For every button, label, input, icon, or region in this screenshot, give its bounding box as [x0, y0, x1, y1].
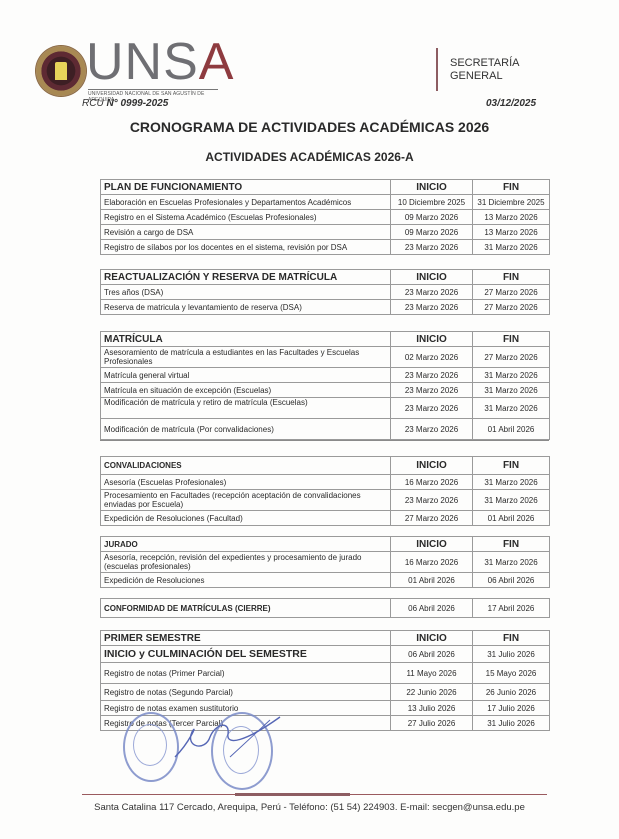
- table-header: JURADO INICIO FIN: [101, 537, 550, 552]
- end-date: 31 Marzo 2026: [473, 368, 550, 383]
- col-start: INICIO: [391, 457, 473, 475]
- end-date: 27 Marzo 2026: [473, 285, 550, 300]
- table-header: REACTUALIZACIÓN Y RESERVA DE MATRÍCULA I…: [101, 270, 550, 285]
- activity: Registro de notas (Primer Parcial): [101, 663, 391, 684]
- start-date: 16 Marzo 2026: [391, 552, 473, 573]
- col-start: INICIO: [391, 180, 473, 195]
- end-date: 31 Marzo 2026: [473, 240, 550, 255]
- activity: Asesoría (Escuelas Profesionales): [101, 475, 391, 490]
- start-date: 13 Julio 2026: [391, 701, 473, 716]
- activity: Registro en el Sistema Académico (Escuel…: [101, 210, 391, 225]
- section-title: CONFORMIDAD DE MATRÍCULAS (CIERRE): [101, 599, 391, 618]
- logo-text-accent: A: [199, 33, 235, 91]
- table-convalidaciones: CONVALIDACIONES INICIO FIN Asesoría (Esc…: [100, 456, 550, 526]
- table-row: Asesoría (Escuelas Profesionales)16 Marz…: [101, 475, 550, 490]
- col-end: FIN: [473, 332, 550, 347]
- section-divider: [100, 440, 549, 441]
- activity: Tres años (DSA): [101, 285, 391, 300]
- end-date: 17 Julio 2026: [473, 701, 550, 716]
- end-date: 17 Abril 2026: [473, 599, 550, 618]
- end-date: 31 Julio 2026: [473, 646, 550, 663]
- col-end: FIN: [473, 180, 550, 195]
- start-date: 22 Junio 2026: [391, 684, 473, 701]
- activity: Matrícula general virtual: [101, 368, 391, 383]
- table-row: Procesamiento en Facultades (recepción a…: [101, 490, 550, 511]
- table-header: CONVALIDACIONES INICIO FIN: [101, 457, 550, 475]
- end-date: 13 Marzo 2026: [473, 210, 550, 225]
- start-date: 06 Abril 2026: [391, 599, 473, 618]
- activity: Asesoramiento de matrícula a estudiantes…: [101, 347, 391, 368]
- activity: Asesoría, recepción, revisión del expedi…: [101, 552, 391, 573]
- start-date: 10 Diciembre 2025: [391, 195, 473, 210]
- table-header: PRIMER SEMESTRE INICIO FIN: [101, 631, 550, 646]
- start-date: 23 Marzo 2026: [391, 285, 473, 300]
- col-end: FIN: [473, 457, 550, 475]
- table-primer-semestre: PRIMER SEMESTRE INICIO FIN INICIO y CULM…: [100, 630, 550, 731]
- unsa-logo: UNSA: [86, 36, 234, 88]
- start-date: 09 Marzo 2026: [391, 210, 473, 225]
- table-header: PLAN DE FUNCIONAMIENTO INICIO FIN: [101, 180, 550, 195]
- start-date: 23 Marzo 2026: [391, 300, 473, 315]
- col-end: FIN: [473, 631, 550, 646]
- table-row: Registro de notas examen sustitutorio13 …: [101, 701, 550, 716]
- activity: Expedición de Resoluciones: [101, 573, 391, 588]
- table-row: Modificación de matrícula (Por convalida…: [101, 419, 550, 440]
- rcu-prefix: RCU: [82, 98, 104, 109]
- activity: Matrícula en situación de excepción (Esc…: [101, 383, 391, 398]
- start-date: 23 Marzo 2026: [391, 383, 473, 398]
- rcu-value: N° 0999-2025: [106, 98, 168, 109]
- start-date: 01 Abril 2026: [391, 573, 473, 588]
- start-date: 06 Abril 2026: [391, 646, 473, 663]
- university-seal-icon: [36, 46, 86, 96]
- activity: Modificación de matrícula y retiro de ma…: [101, 398, 391, 419]
- footer-address: Santa Catalina 117 Cercado, Arequipa, Pe…: [0, 802, 619, 813]
- divider-bar: [436, 48, 438, 91]
- logo-text: UNS: [86, 33, 199, 91]
- document-date: 03/12/2025: [486, 98, 536, 109]
- table-row: Reserva de matricula y levantamiento de …: [101, 300, 550, 315]
- table-row: Asesoría, recepción, revisión del expedi…: [101, 552, 550, 573]
- start-date: 23 Marzo 2026: [391, 368, 473, 383]
- start-date: 27 Julio 2026: [391, 716, 473, 731]
- table-row: Registro de notas (Primer Parcial)11 May…: [101, 663, 550, 684]
- table-row: Expedición de Resoluciones01 Abril 20260…: [101, 573, 550, 588]
- col-end: FIN: [473, 537, 550, 552]
- end-date: 15 Mayo 2026: [473, 663, 550, 684]
- col-start: INICIO: [391, 537, 473, 552]
- document-subtitle: ACTIVIDADES ACADÉMICAS 2026-A: [0, 150, 619, 164]
- rcu-number: RCU N° 0999-2025: [82, 98, 168, 109]
- col-start: INICIO: [391, 631, 473, 646]
- activity: Procesamiento en Facultades (recepción a…: [101, 490, 391, 511]
- signature-icon: [170, 712, 290, 772]
- end-date: 13 Marzo 2026: [473, 225, 550, 240]
- section-subtitle: INICIO y CULMINACIÓN DEL SEMESTRE: [101, 646, 391, 663]
- activity: Expedición de Resoluciones (Facultad): [101, 511, 391, 526]
- end-date: 31 Marzo 2026: [473, 398, 550, 419]
- footer-accent-bar: [235, 793, 350, 796]
- end-date: 06 Abril 2026: [473, 573, 550, 588]
- activity: Registro de notas (Segundo Parcial): [101, 684, 391, 701]
- table-conformidad: CONFORMIDAD DE MATRÍCULAS (CIERRE) 06 Ab…: [100, 598, 550, 618]
- table-row: Registro de notas (Segundo Parcial)22 Ju…: [101, 684, 550, 701]
- activity: Modificación de matrícula (Por convalida…: [101, 419, 391, 440]
- activity: Registro de sílabos por los docentes en …: [101, 240, 391, 255]
- end-date: 01 Abril 2026: [473, 511, 550, 526]
- end-date: 01 Abril 2026: [473, 419, 550, 440]
- table-row: Revisión a cargo de DSA09 Marzo 202613 M…: [101, 225, 550, 240]
- section-title: CONVALIDACIONES: [101, 457, 391, 475]
- office-name: SECRETARÍA GENERAL: [450, 57, 519, 83]
- start-date: 23 Marzo 2026: [391, 240, 473, 255]
- office-line-2: GENERAL: [450, 70, 519, 83]
- start-date: 16 Marzo 2026: [391, 475, 473, 490]
- table-row: Tres años (DSA)23 Marzo 202627 Marzo 202…: [101, 285, 550, 300]
- table-plan-funcionamiento: PLAN DE FUNCIONAMIENTO INICIO FIN Elabor…: [100, 179, 550, 255]
- start-date: 02 Marzo 2026: [391, 347, 473, 368]
- col-start: INICIO: [391, 270, 473, 285]
- activity: Revisión a cargo de DSA: [101, 225, 391, 240]
- end-date: 31 Diciembre 2025: [473, 195, 550, 210]
- table-jurado: JURADO INICIO FIN Asesoría, recepción, r…: [100, 536, 550, 588]
- end-date: 31 Marzo 2026: [473, 552, 550, 573]
- table-row: Registro en el Sistema Académico (Escuel…: [101, 210, 550, 225]
- start-date: 27 Marzo 2026: [391, 511, 473, 526]
- end-date: 27 Marzo 2026: [473, 347, 550, 368]
- end-date: 26 Junio 2026: [473, 684, 550, 701]
- col-end: FIN: [473, 270, 550, 285]
- table-row: Expedición de Resoluciones (Facultad)27 …: [101, 511, 550, 526]
- start-date: 23 Marzo 2026: [391, 490, 473, 511]
- start-date: 11 Mayo 2026: [391, 663, 473, 684]
- table-row: Elaboración en Escuelas Profesionales y …: [101, 195, 550, 210]
- table-reactualizacion: REACTUALIZACIÓN Y RESERVA DE MATRÍCULA I…: [100, 269, 550, 315]
- table-row: Matrícula general virtual23 Marzo 202631…: [101, 368, 550, 383]
- end-date: 27 Marzo 2026: [473, 300, 550, 315]
- table-matricula: MATRÍCULA INICIO FIN Asesoramiento de ma…: [100, 331, 550, 440]
- end-date: 31 Marzo 2026: [473, 490, 550, 511]
- end-date: 31 Julio 2026: [473, 716, 550, 731]
- table-row: Registro de sílabos por los docentes en …: [101, 240, 550, 255]
- section-title: MATRÍCULA: [101, 332, 391, 347]
- table-row: Modificación de matrícula y retiro de ma…: [101, 398, 550, 419]
- col-start: INICIO: [391, 332, 473, 347]
- section-title: PLAN DE FUNCIONAMIENTO: [101, 180, 391, 195]
- table-row: INICIO y CULMINACIÓN DEL SEMESTRE 06 Abr…: [101, 646, 550, 663]
- section-title: REACTUALIZACIÓN Y RESERVA DE MATRÍCULA: [101, 270, 391, 285]
- start-date: 23 Marzo 2026: [391, 398, 473, 419]
- section-title: PRIMER SEMESTRE: [101, 631, 391, 646]
- table-row: Matrícula en situación de excepción (Esc…: [101, 383, 550, 398]
- office-line-1: SECRETARÍA: [450, 57, 519, 70]
- table-header: MATRÍCULA INICIO FIN: [101, 332, 550, 347]
- table-row: CONFORMIDAD DE MATRÍCULAS (CIERRE) 06 Ab…: [101, 599, 550, 618]
- start-date: 23 Marzo 2026: [391, 419, 473, 440]
- activity: Elaboración en Escuelas Profesionales y …: [101, 195, 391, 210]
- end-date: 31 Marzo 2026: [473, 475, 550, 490]
- letterhead: UNSA UNIVERSIDAD NACIONAL DE SAN AGUSTÍN…: [0, 0, 619, 115]
- activity: Reserva de matricula y levantamiento de …: [101, 300, 391, 315]
- end-date: 31 Marzo 2026: [473, 383, 550, 398]
- table-row: Asesoramiento de matrícula a estudiantes…: [101, 347, 550, 368]
- start-date: 09 Marzo 2026: [391, 225, 473, 240]
- document-title: CRONOGRAMA DE ACTIVIDADES ACADÉMICAS 202…: [0, 119, 619, 135]
- section-title: JURADO: [101, 537, 391, 552]
